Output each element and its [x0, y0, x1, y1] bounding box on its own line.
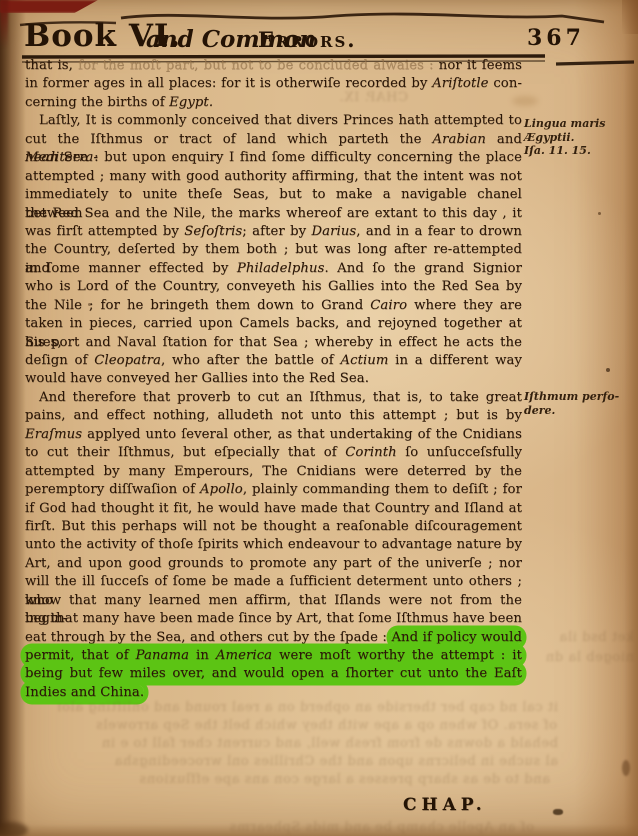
text-segment: for the moſt part, but not to be conclud…	[78, 58, 439, 73]
text-segment: were moſt worthy the attempt : it	[272, 648, 522, 663]
text-segment: Laſtly, It is commonly conceived that di…	[39, 113, 522, 128]
ghost-line: it cal nd cap ber therside an opherd on …	[58, 700, 558, 715]
text-segment: Darius	[311, 224, 356, 239]
text-line: attempted by many Emperours, The Cnidian…	[25, 463, 522, 481]
margin-note-line: Iſa. 11. 15.	[524, 144, 636, 158]
text-segment: Arabian	[433, 132, 486, 147]
text-segment: that is,	[25, 58, 78, 73]
text-line: who is Lord of the Country, conveyeth hi…	[25, 278, 522, 296]
text-segment: to cut their Iſthmus, but eſpecially tha…	[25, 445, 345, 460]
text-segment: the Red Sea and the Nile, the marks wher…	[25, 206, 522, 221]
text-segment: who is Lord of the Country, conveyeth hi…	[25, 279, 522, 294]
text-segment: America	[216, 648, 272, 663]
text-line: unto the activity of thoſe ſpirits which…	[25, 536, 522, 554]
ghost-line: niogeb la dn	[538, 650, 634, 665]
text-line: his port and Naval ſtation for that Sea …	[25, 334, 522, 352]
ghost-line: of an Apelle champ be and mids Sphearms	[84, 820, 534, 835]
text-line: attempted ; many with good authority aff…	[25, 168, 522, 186]
text-line: immediately to unite theſe Seas, but to …	[25, 186, 522, 204]
top-right-shadow	[622, 0, 638, 34]
text-line: will the ill ſucceſs of ſome be made a ſ…	[25, 573, 522, 591]
ghost-line: behald a downs de from fresh well, and c…	[48, 736, 558, 751]
text-line: peremptory diſſwaſion of Apollo, plainly…	[25, 481, 522, 499]
stain-spot	[598, 212, 601, 215]
text-line: to cut their Iſthmus, but eſpecially tha…	[25, 444, 522, 462]
text-line: know that many learned men affirm, that …	[25, 592, 522, 610]
ghost-line: al suche in belicrns upon and the Chrill…	[58, 754, 558, 769]
text-segment: Actium	[340, 353, 388, 368]
stain-spot	[553, 809, 563, 815]
text-line: nean Sea : but upon enquiry I find ſome …	[25, 149, 522, 167]
text-segment: Art, and upon good grounds to promote an…	[25, 556, 522, 571]
text-segment: peremptory diſſwaſion of	[25, 482, 200, 497]
text-line: Eraſmus applyed unto ſeveral other, as t…	[25, 426, 522, 444]
text-segment: eat through by the Sea, and others cut b…	[25, 630, 391, 645]
text-segment: applyed unto ſeveral other, as that unde…	[82, 427, 522, 442]
text-segment: Corinth	[345, 445, 397, 460]
text-column: that is, for the moſt part, but not to b…	[25, 57, 522, 702]
text-segment: cerning the births of	[25, 95, 169, 110]
text-segment: pains, and effect nothing, alludeth not …	[25, 408, 522, 423]
text-segment: , who after the battle of	[161, 353, 340, 368]
text-line: pains, and effect nothing, alludeth not …	[25, 407, 522, 425]
text-segment: Eraſmus	[25, 427, 82, 442]
text-segment: , and in a fear to drown	[356, 224, 522, 239]
text-line: in ſome manner effected by Philadelphus.…	[25, 260, 522, 278]
text-line: was firſt attempted by Seſoſtris; after …	[25, 223, 522, 241]
text-line: that is, for the moſt part, but not to b…	[25, 57, 522, 75]
red-corner-mark	[0, 0, 98, 13]
text-line: cut the Iſthmus or tract of land which p…	[25, 131, 522, 149]
text-segment: Ariſtotle	[432, 76, 488, 91]
text-segment: permit, that of	[25, 648, 136, 663]
text-line: firſt. But this perhaps will not be thou…	[25, 518, 522, 536]
text-segment: Egypt.	[169, 95, 213, 110]
red-corner-mark-side	[0, 0, 8, 48]
text-line: eat through by the Sea, and others cut b…	[25, 629, 522, 647]
margin-note-line: Ægyptii.	[524, 131, 636, 145]
text-segment: ; after by	[242, 224, 311, 239]
ghost-line: CHAP. IX.	[228, 90, 408, 105]
catchword: CHAP.	[403, 795, 487, 815]
text-line: would have conveyed her Gallies into the…	[25, 370, 522, 388]
highlighted-text: being but few miles over, and would open…	[25, 666, 522, 681]
text-segment: . And ſo the grand Signior	[324, 261, 522, 276]
ghost-line: ket bsd ila	[538, 630, 634, 645]
text-line: And therefore that proverb to cut an Iſt…	[25, 389, 522, 407]
scanned-book-page: Book VI. and Common Errors. 367 that is,…	[0, 0, 638, 836]
text-line: taken in pieces, carried upon Camels bac…	[25, 315, 522, 333]
text-segment: deſign of	[25, 353, 94, 368]
text-segment: in a different way	[389, 353, 523, 368]
text-segment: in ſome manner effected by	[25, 261, 237, 276]
running-title-caps: Errors.	[258, 27, 357, 52]
text-segment: Apollo	[200, 482, 243, 497]
text-segment: Cleopatra	[94, 353, 161, 368]
text-segment: the Nile ; for he bringeth them down to …	[25, 298, 370, 313]
text-segment: Cairo	[370, 298, 407, 313]
text-segment: , plainly commanding them to deſiſt ; fo…	[243, 482, 522, 497]
text-segment: being but few miles over, and would open…	[25, 666, 522, 681]
text-line: permit, that of Panama in America were m…	[25, 647, 522, 665]
text-line: Art, and upon good grounds to promote an…	[25, 555, 522, 573]
text-line: Laſtly, It is commonly conceived that di…	[25, 112, 522, 130]
text-segment: firſt. But this perhaps will not be thou…	[25, 519, 522, 534]
text-segment: where they are	[407, 298, 522, 313]
text-segment: would have conveyed her Gallies into the…	[25, 371, 369, 386]
text-line: the Red Sea and the Nile, the marks wher…	[25, 205, 522, 223]
text-segment: Seſoſtris	[184, 224, 242, 239]
text-segment: nean	[25, 150, 58, 165]
text-segment: And therefore that proverb to cut an Iſt…	[39, 390, 522, 405]
text-segment: and	[486, 132, 522, 147]
margin-note: Lingua marisÆgyptii.Iſa. 11. 15.	[524, 117, 636, 158]
text-segment: nor it ſeems	[439, 58, 522, 73]
margin-note: Iſthmum perfo-dere.	[524, 390, 636, 417]
text-segment: in	[189, 648, 216, 663]
text-line: the Country, deſerted by them both ; but…	[25, 241, 522, 259]
text-segment: ing that many have been made ſince by Ar…	[25, 611, 522, 626]
text-segment: Panama	[136, 648, 189, 663]
text-segment: Indies and China.	[25, 685, 144, 700]
text-segment: attempted by many Emperours, The Cnidian…	[25, 464, 522, 479]
page-number: 367	[527, 25, 585, 51]
margin-note-line: Iſthmum perfo-	[524, 390, 636, 404]
text-segment: was firſt attempted by	[25, 224, 184, 239]
stain-spot	[606, 368, 610, 372]
text-segment: unto the activity of thoſe ſpirits which…	[25, 537, 522, 552]
highlighted-text: And if policy would	[391, 630, 522, 645]
text-line: the Nile ; for he bringeth them down to …	[25, 297, 522, 315]
margin-note-line: Lingua maris	[524, 117, 636, 131]
text-line: deſign of Cleopatra, who after the battl…	[25, 352, 522, 370]
text-segment: his port and Naval ſtation for that Sea …	[25, 335, 522, 350]
text-segment: Sea : but upon enquiry I find ſome diffi…	[58, 150, 522, 165]
gutter-shadow	[0, 0, 26, 836]
text-segment: if God had thought it fit, he would have…	[25, 501, 522, 516]
text-segment: cut the Iſthmus or tract of land which p…	[25, 132, 433, 147]
text-segment: Philadelphus	[237, 261, 325, 276]
highlighted-text: Indies and China.	[25, 685, 144, 700]
ghost-line: of sera. Of when op a ape with they whic…	[52, 718, 557, 733]
text-segment: attempted ; many with good authority aff…	[25, 169, 522, 184]
text-line: if God had thought it fit, he would have…	[25, 500, 522, 518]
text-line: being but few miles over, and would open…	[25, 665, 522, 683]
text-segment: con-	[489, 76, 522, 91]
ghost-line: and to de as sharp presses a large con a…	[70, 772, 550, 787]
text-segment: ſo unſucceſsfully	[397, 445, 522, 460]
text-line: ing that many have been made ſince by Ar…	[25, 610, 522, 628]
margin-note-line: dere.	[524, 404, 636, 418]
highlighted-text: permit, that of Panama in America were m…	[25, 648, 522, 663]
